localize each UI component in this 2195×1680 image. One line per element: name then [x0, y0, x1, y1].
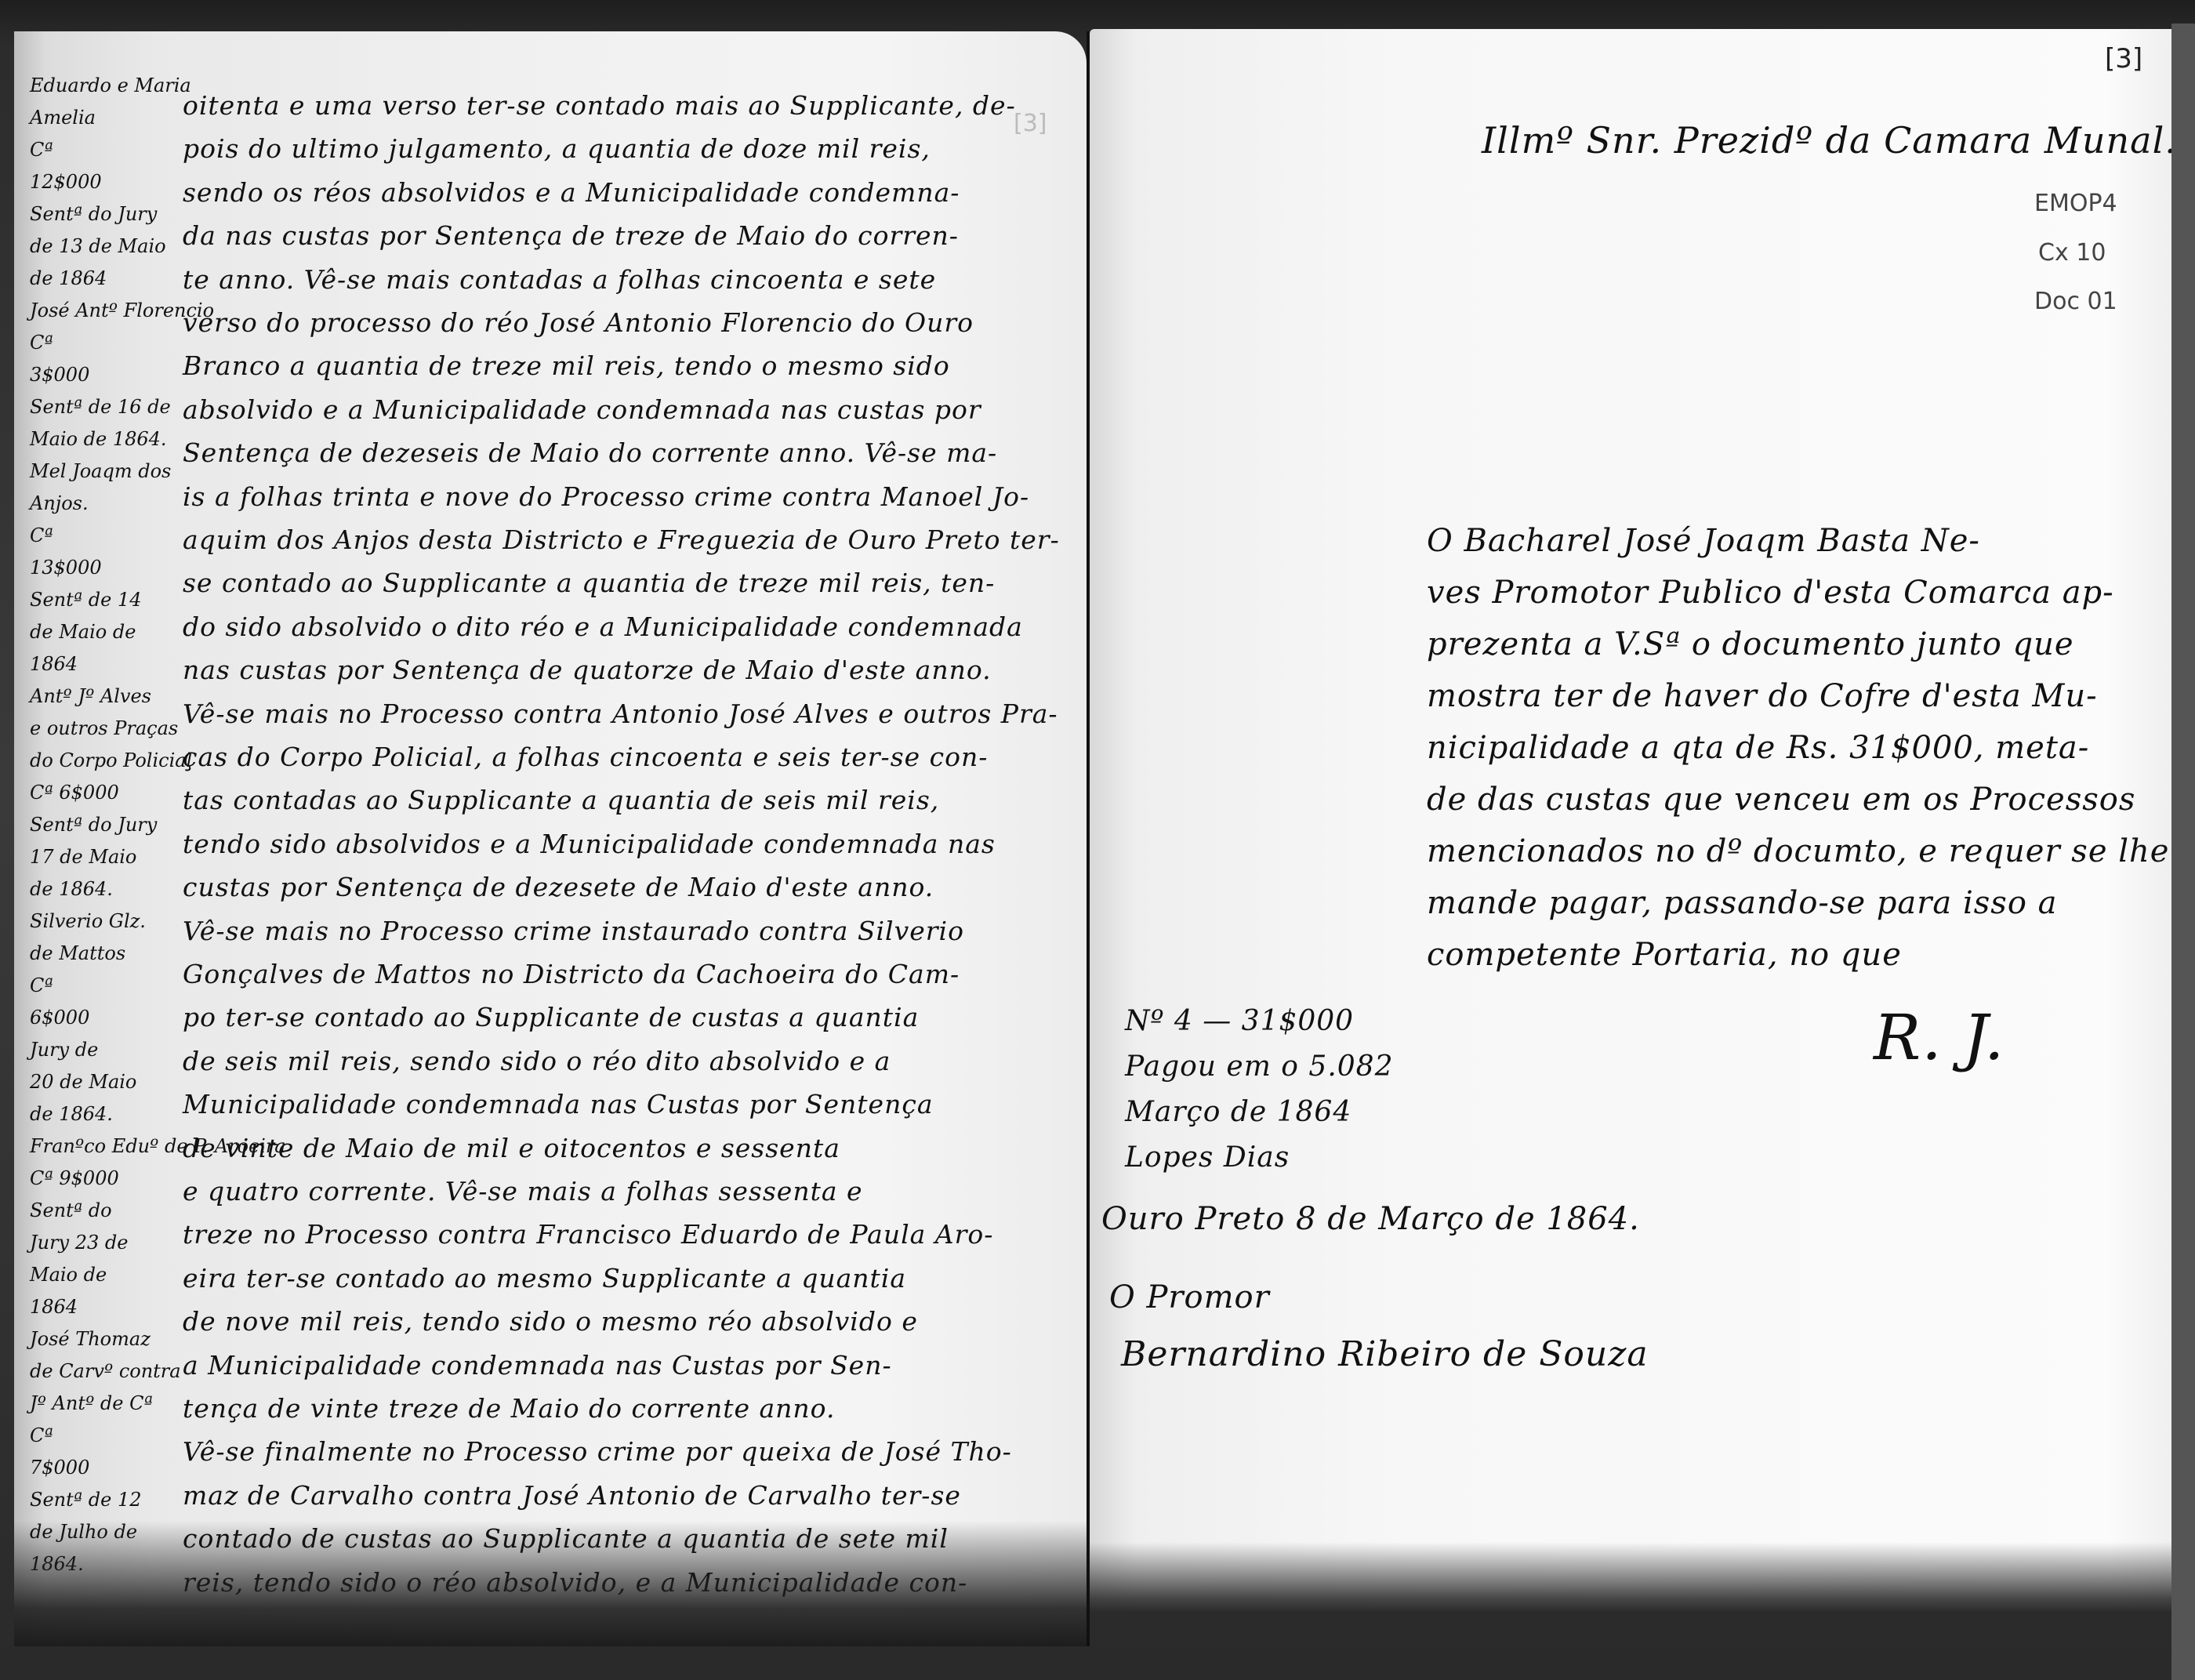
archive-stamp-fund: EMOP4	[2034, 190, 2117, 217]
manuscript-line: Sentença de dezeseis de Maio do corrente…	[183, 437, 997, 468]
margin-note: de Carvº contra	[30, 1360, 181, 1382]
signature-label: O Promor	[1109, 1279, 1270, 1315]
margin-note: de Julho de	[30, 1521, 137, 1543]
margin-note: Cª	[30, 974, 53, 996]
manuscript-line: po ter-se contado ao Supplicante de cust…	[183, 1002, 919, 1032]
manuscript-line: sendo os réos absolvidos e a Municipalid…	[183, 177, 960, 208]
manuscript-line: oitenta e uma verso ter-se contado mais …	[183, 90, 1016, 121]
margin-note: 6$000	[30, 1007, 89, 1029]
manuscript-line: de vinte de Maio de mil e oitocentos e s…	[183, 1133, 840, 1163]
manuscript-line: Vê-se finalmente no Processo crime por q…	[183, 1436, 1012, 1467]
margin-note: Sentª do	[30, 1199, 112, 1221]
petition-line: prezenta a V.Sª o documento junto que	[1427, 626, 2074, 662]
archive-stamp-box: Cx 10	[2038, 239, 2106, 267]
margin-note: Cª 6$000	[30, 782, 119, 804]
margin-note: Jury de	[30, 1039, 98, 1061]
margin-note: Cª	[30, 1424, 53, 1446]
margin-note: 3$000	[30, 364, 89, 386]
margin-note: de Maio de	[30, 621, 136, 643]
manuscript-line: nas custas por Sentença de quatorze de M…	[183, 655, 992, 685]
margin-note: Cª	[30, 524, 53, 546]
folio-mark: [3]	[2105, 43, 2142, 74]
petition-line: O Bacharel José Joaqm Basta Ne-	[1427, 523, 1980, 559]
manuscript-line: is a folhas trinta e nove do Processo cr…	[183, 481, 1029, 512]
place-date: Ouro Preto 8 de Março de 1864.	[1101, 1201, 1640, 1237]
manuscript-line: do sido absolvido o dito réo e a Municip…	[183, 611, 1023, 642]
manuscript-line: pois do ultimo julgamento, a quantia de …	[183, 133, 931, 164]
margin-note: Eduardo e Maria	[30, 74, 191, 96]
closing-initials: R. J.	[1874, 1001, 2005, 1074]
manuscript-line: tendo sido absolvidos e a Municipalidade…	[183, 829, 996, 859]
margin-note: 17 de Maio	[30, 846, 136, 868]
petition-line: nicipalidade a qta de Rs. 31$000, meta-	[1427, 730, 2089, 766]
margin-note: Mel Joaqm dos	[30, 460, 171, 482]
right-page: [3] Illmº Snr. Prezidº da Camara Munal. …	[1090, 29, 2175, 1613]
margin-note: Anjos.	[30, 492, 89, 514]
margin-note: de Mattos	[30, 942, 125, 964]
petition-line: ves Promotor Publico d'esta Comarca ap-	[1427, 575, 2114, 611]
manuscript-line: aquim dos Anjos desta Districto e Fregue…	[183, 524, 1060, 555]
manuscript-line: tas contadas ao Supplicante a quantia de…	[183, 785, 939, 815]
manuscript-line: absolvido e a Municipalidade condemnada …	[183, 394, 981, 425]
petition-line: competente Portaria, no que	[1427, 937, 1902, 973]
manuscript-line: se contado ao Supplicante a quantia de t…	[183, 568, 995, 598]
manuscript-line: a Municipalidade condemnada nas Custas p…	[183, 1350, 892, 1381]
margin-note: Silverio Glz.	[30, 910, 146, 932]
manuscript-line: treze no Processo contra Francisco Eduar…	[183, 1219, 993, 1250]
margin-note: Cª	[30, 332, 53, 354]
manuscript-line: Branco a quantia de treze mil reis, tend…	[183, 350, 950, 381]
manuscript-line: de nove mil reis, tendo sido o mesmo réo…	[183, 1306, 918, 1337]
margin-note: 13$000	[30, 557, 102, 579]
margin-note: Jury 23 de	[30, 1232, 128, 1254]
manuscript-line: maz de Carvalho contra José Antonio de C…	[183, 1480, 961, 1511]
salutation: Illmº Snr. Prezidº da Camara Munal.	[1482, 119, 2175, 161]
payment-note-line: Março de 1864	[1125, 1096, 1351, 1128]
margin-note: 7$000	[30, 1457, 89, 1479]
archive-stamp-doc: Doc 01	[2034, 288, 2117, 315]
payment-note-line: Lopes Dias	[1125, 1141, 1290, 1174]
margin-note: 1864.	[30, 1553, 84, 1575]
margin-note: Maio de 1864.	[30, 428, 167, 450]
petition-line: mencionados no dº documto, e requer se l…	[1427, 833, 2169, 869]
margin-note: de 1864	[30, 267, 107, 289]
margin-note: 1864	[30, 653, 78, 675]
margin-note: 20 de Maio	[30, 1071, 136, 1093]
manuscript-line: verso do processo do réo José Antonio Fl…	[183, 307, 974, 338]
margin-note: 1864	[30, 1296, 78, 1318]
faint-folio-mark: [3]	[1014, 110, 1047, 137]
margin-note: Sentª de 14	[30, 589, 142, 611]
margin-note: Amelia	[30, 107, 96, 129]
margin-note: Antº Jº Alves	[30, 685, 151, 707]
manuscript-line: contado de custas ao Supplicante a quant…	[183, 1523, 949, 1554]
margin-note: 12$000	[30, 171, 102, 193]
margin-note: de 1864.	[30, 878, 113, 900]
manuscript-line: tença de vinte treze de Maio do corrente…	[183, 1393, 835, 1424]
petition-line: mande pagar, passando-se para isso a	[1427, 885, 2057, 921]
manuscript-line: e quatro corrente. Vê-se mais a folhas s…	[183, 1176, 863, 1206]
margin-note: de 1864.	[30, 1103, 113, 1125]
manuscript-line: reis, tendo sido o réo absolvido, e a Mu…	[183, 1567, 967, 1598]
margin-note: e outros Praças	[30, 717, 178, 739]
manuscript-line: da nas custas por Sentença de treze de M…	[183, 220, 959, 251]
manuscript-line: te anno. Vê-se mais contadas a folhas ci…	[183, 264, 936, 295]
manuscript-line: custas por Sentença de dezesete de Maio …	[183, 872, 934, 902]
margin-note: Sentª do Jury	[30, 203, 157, 225]
manuscript-line: de seis mil reis, sendo sido o réo dito …	[183, 1046, 891, 1076]
manuscript-line: Vê-se mais no Processo contra Antonio Jo…	[183, 698, 1058, 729]
margin-note: Sentª de 16 de	[30, 396, 171, 418]
margin-note: Cª	[30, 139, 53, 161]
manuscript-line: Vê-se mais no Processo crime instaurado …	[183, 916, 964, 946]
margin-note: do Corpo Policial	[30, 749, 192, 771]
left-page: [3] Eduardo e MariaAmeliaCª12$000Sentª d…	[14, 31, 1087, 1646]
margin-note: José Thomaz	[30, 1328, 151, 1350]
manuscript-line: ças do Corpo Policial, a folhas cincoent…	[183, 742, 988, 772]
signature-name: Bernardino Ribeiro de Souza	[1121, 1334, 1649, 1374]
manuscript-line: eira ter-se contado ao mesmo Supplicante…	[183, 1263, 906, 1294]
petition-line: de das custas que venceu em os Processos	[1427, 782, 2135, 818]
manuscript-line: Gonçalves de Mattos no Districto da Cach…	[183, 959, 960, 989]
margin-note: Sentª do Jury	[30, 814, 157, 836]
margin-note: Maio de	[30, 1264, 107, 1286]
margin-note: Cª 9$000	[30, 1167, 119, 1189]
margin-note: de 13 de Maio	[30, 235, 166, 257]
petition-line: mostra ter de haver do Cofre d'esta Mu-	[1427, 678, 2098, 714]
manuscript-line: Municipalidade condemnada nas Custas por…	[183, 1089, 934, 1119]
margin-note: Jº Antº de Cª	[30, 1392, 153, 1414]
payment-note-line: Nº 4 — 31$000	[1125, 1005, 1354, 1037]
scan-right-edge	[2171, 24, 2195, 1680]
margin-note: Sentª de 12	[30, 1489, 142, 1511]
payment-note-line: Pagou em o 5.082	[1125, 1050, 1393, 1083]
